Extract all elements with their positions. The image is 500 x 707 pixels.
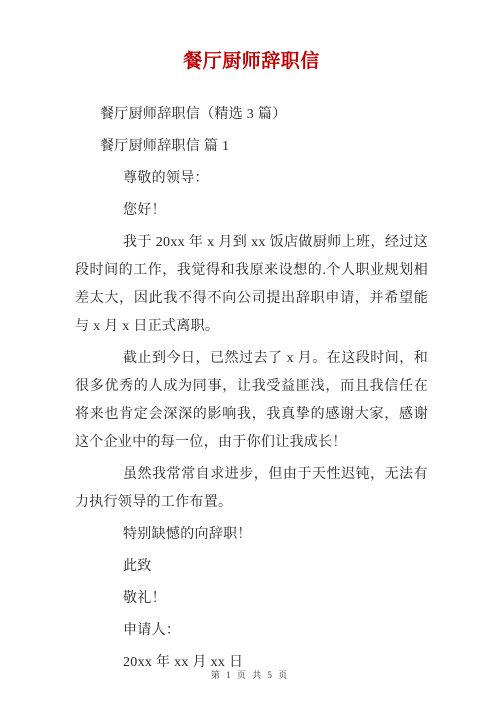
body-paragraph-3: 虽然我常常自求进步，但由于天性迟钝，无法有力执行领导的工作布置。 [75,461,428,517]
body-paragraph-1: 我于 20xx 年 x 月到 xx 饭店做厨师上班，经过这段时间的工作，我觉得和… [75,229,428,341]
page-number-indicator: 第 1 页 共 5 页 [0,670,500,681]
closing-cizhi-line: 此致 [75,553,428,581]
document-subtitle: 餐厅厨师辞职信（精选 3 篇） [75,101,428,129]
greeting-line: 您好！ [75,197,428,225]
regret-line: 特别缺憾的向辞职！ [75,521,428,549]
section-heading: 餐厅厨师辞职信 篇 1 [75,133,428,161]
salutation-line: 尊敬的领导： [75,165,428,193]
closing-jingli-line: 敬礼！ [75,585,428,613]
applicant-line: 申请人： [75,617,428,645]
document-page: 餐厅厨师辞职信 餐厅厨师辞职信（精选 3 篇） 餐厅厨师辞职信 篇 1 尊敬的领… [0,0,500,707]
page-title: 餐厅厨师辞职信 [75,49,428,75]
body-paragraph-2: 截止到今日，已然过去了 x 月。在这段时间，和很多优秀的人成为同事，让我受益匪浅… [75,345,428,457]
